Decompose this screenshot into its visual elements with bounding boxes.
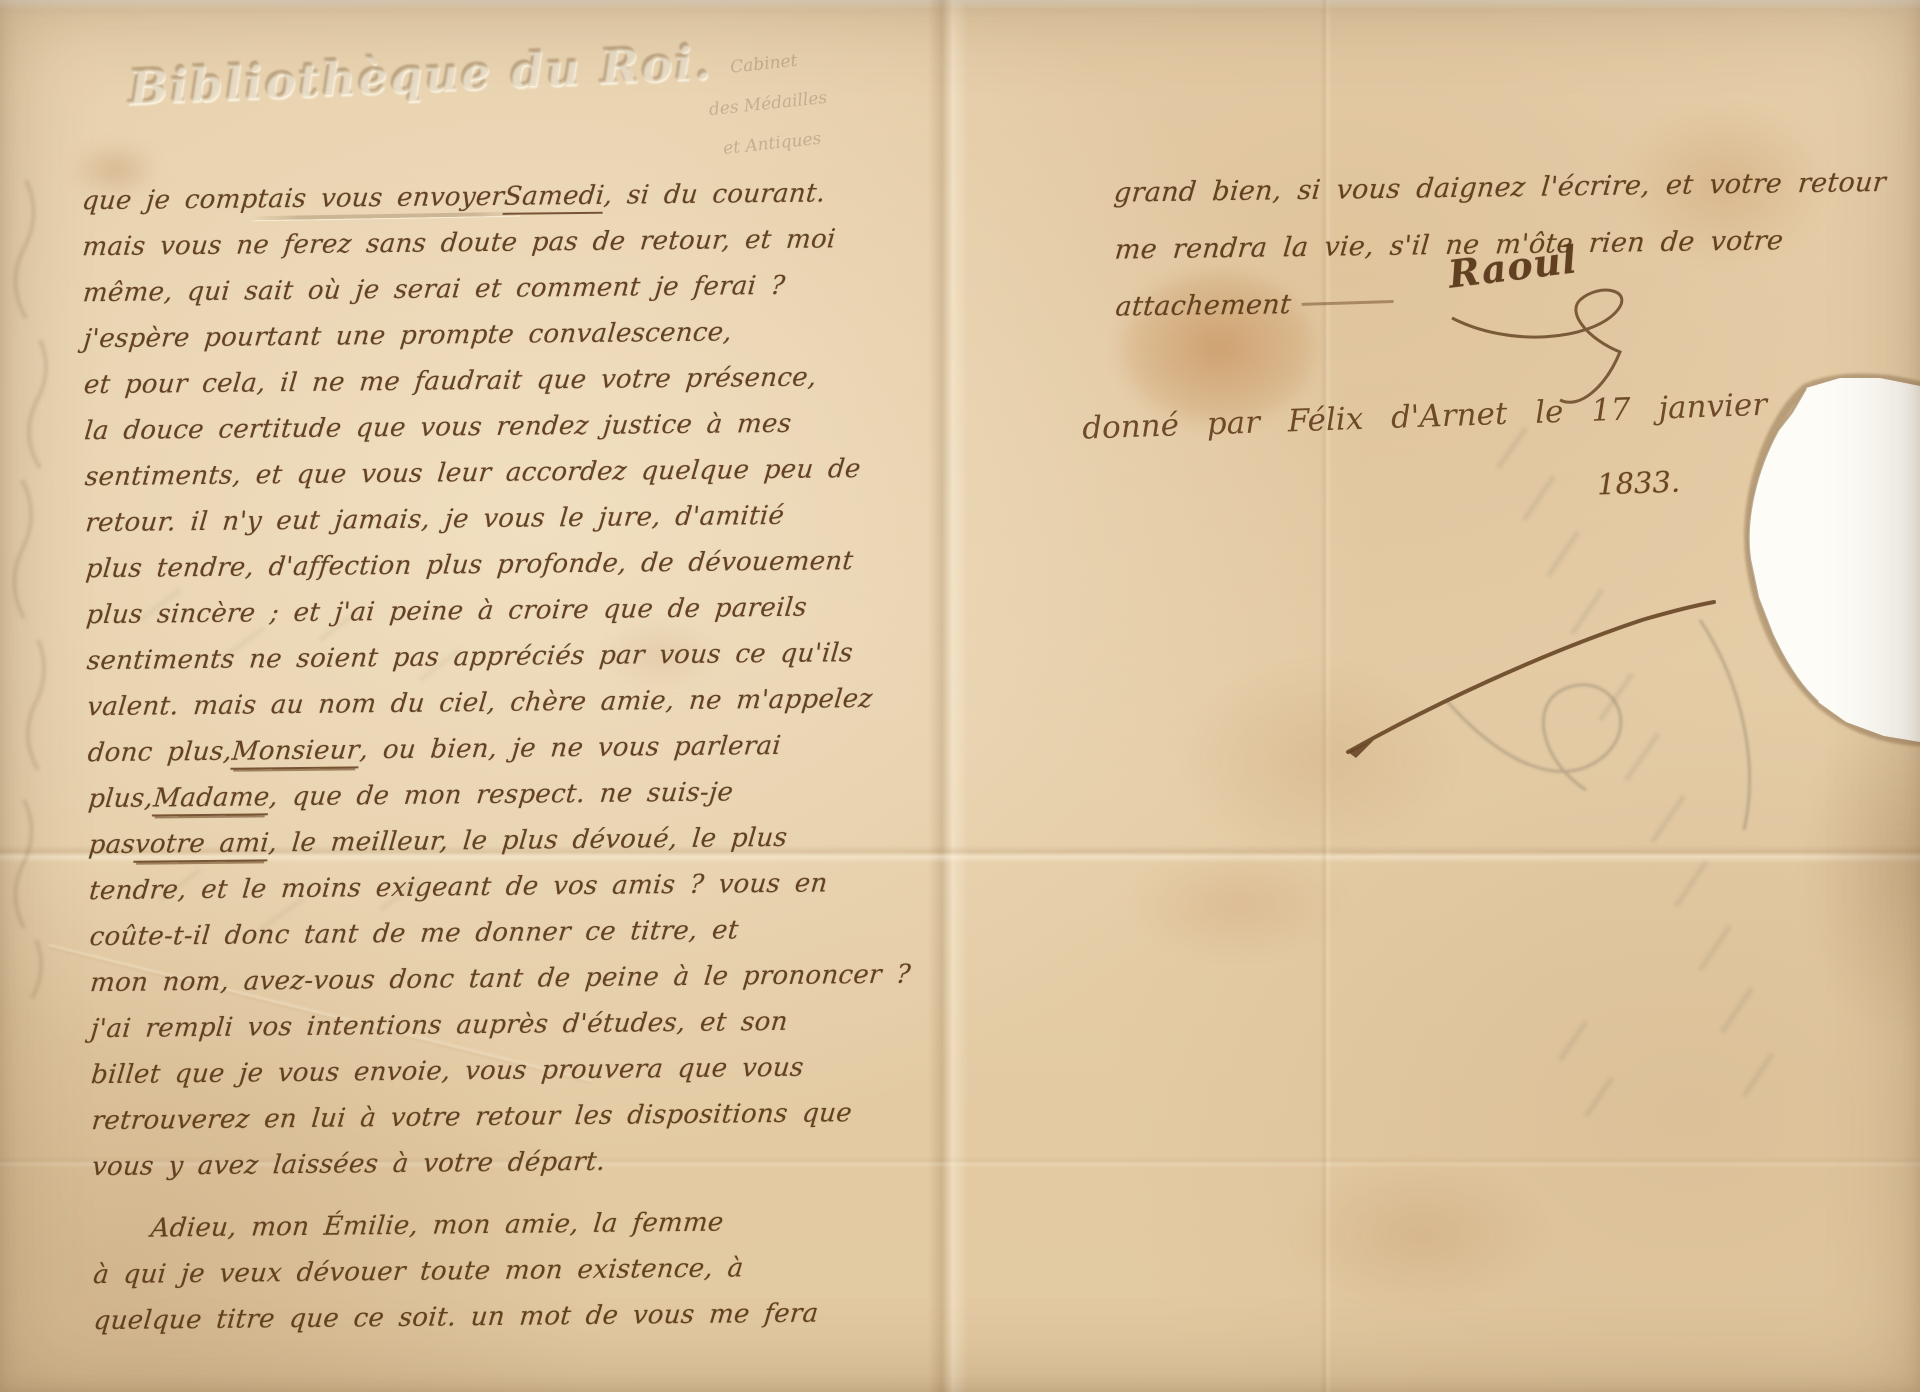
text-segment: , si du courant. <box>603 178 827 210</box>
text-segment: coûte-t-il donc tant de me donner ce tit… <box>88 915 740 952</box>
text-segment: et pour cela, il ne me faudrait que votr… <box>83 363 818 401</box>
handwritten-line: plus sincère ; et j'ai peine à croire qu… <box>86 592 886 646</box>
text-segment: que je comptais vous envoyer <box>81 182 506 216</box>
pen-dash-stroke <box>1301 300 1393 306</box>
text-segment: tendre, et le moins exigeant de vos amis… <box>88 868 829 906</box>
text-segment: pas <box>87 830 136 861</box>
annotation-year: 1833. <box>1596 465 1680 502</box>
underlined-word: Madame <box>152 782 271 816</box>
text-segment: quelque titre que ce soit. un mot de vou… <box>92 1299 819 1337</box>
text-segment: , le meilleur, le plus dévoué, le plus <box>268 823 789 858</box>
handwritten-line: pas votre ami, le meilleur, le plus dévo… <box>89 822 889 876</box>
handwritten-line: billet que je vous envoie, vous prouvera… <box>91 1052 891 1106</box>
handwritten-line: mon nom, avez-vous donc tant de peine à … <box>90 960 890 1014</box>
text-segment: , que de mon respect. ne suis-je <box>268 777 735 812</box>
center-fold-crease <box>928 0 968 1392</box>
text-segment: Adieu, mon Émilie, mon amie, la femme <box>149 1208 725 1244</box>
text-segment: la douce certitude que vous rendez justi… <box>83 409 793 446</box>
handwritten-line: valent. mais au nom du ciel, chère amie,… <box>87 684 887 738</box>
handwritten-line: et pour cela, il ne me faudrait que votr… <box>84 362 884 416</box>
torn-hole <box>1748 378 1920 742</box>
text-segment: plus sincère ; et j'ai peine à croire qu… <box>85 593 808 631</box>
pen-flourish <box>1348 602 1714 752</box>
letterhead-cachet: Cabinet des Médailles et Antiques <box>682 36 854 172</box>
handwritten-line: attachement <box>1115 280 1920 348</box>
handwritten-line: la douce certitude que vous rendez justi… <box>84 408 884 462</box>
handwritten-line: j'ai rempli vos intentions auprès d'étud… <box>91 1006 891 1060</box>
embossed-letterhead: Bibliothèque du Roi. <box>127 35 713 115</box>
pencil-loop <box>1446 685 1621 790</box>
handwritten-line: tendre, et le moins exigeant de vos amis… <box>89 868 889 922</box>
text-segment: retour. il n'y eut jamais, je vous le ju… <box>84 501 786 538</box>
handwritten-line: quelque titre que ce soit. un mot de vou… <box>94 1298 894 1352</box>
text-segment: attachement <box>1114 289 1292 322</box>
handwritten-line: coûte-t-il donc tant de me donner ce tit… <box>90 914 890 968</box>
pencil-stroke <box>1700 620 1750 830</box>
handwritten-line: retrouverez en lui à votre retour les di… <box>92 1098 892 1152</box>
handwritten-line: à qui je veux dévouer toute mon existenc… <box>93 1252 893 1306</box>
text-segment: billet que je vous envoie, vous prouvera… <box>90 1053 805 1090</box>
pen-flourish-tip <box>1348 740 1374 758</box>
text-segment: donc plus, <box>86 737 233 769</box>
underlined-word: votre ami <box>134 828 271 862</box>
left-page-text: que je comptais vous envoyer Samedi, si … <box>82 178 894 1352</box>
scanned-letter: Bibliothèque du Roi. Cabinet des Médaill… <box>0 0 1920 1392</box>
underlined-word: Monsieur <box>230 735 361 769</box>
handwritten-line: sentiments ne soient pas appréciés par v… <box>87 638 887 692</box>
text-segment: même, qui sait où je serai et comment je… <box>82 271 787 308</box>
dated-annotation: donné par Félix d'Arnet le 17 janvier <box>1082 381 1920 446</box>
text-segment: grand bien, si vous daignez l'écrire, et… <box>1113 167 1888 209</box>
text-segment: à qui je veux dévouer toute mon existenc… <box>92 1253 745 1290</box>
handwritten-line: que je comptais vous envoyer Samedi, si … <box>82 178 882 232</box>
handwritten-line: j'espère pourtant une prompte convalesce… <box>83 316 883 370</box>
paper-shadow <box>1800 700 1920 1040</box>
text-segment: plus, <box>87 783 155 814</box>
handwritten-line: mais vous ne ferez sans doute pas de ret… <box>82 224 882 278</box>
handwritten-line: Adieu, mon Émilie, mon amie, la femme <box>151 1206 893 1260</box>
underlined-word: Samedi <box>503 181 606 215</box>
text-segment: j'espère pourtant une prompte convalesce… <box>82 317 733 354</box>
text-segment: vous y avez laissées à votre départ. <box>91 1147 607 1182</box>
handwritten-line: retour. il n'y eut jamais, je vous le ju… <box>85 500 885 554</box>
handwritten-line: donc plus, Monsieur, ou bien, je ne vous… <box>88 730 888 784</box>
handwritten-line: plus, Madame, que de mon respect. ne sui… <box>88 776 888 830</box>
handwritten-line: vous y avez laissées à votre départ. <box>92 1144 892 1198</box>
handwritten-line: plus tendre, d'affection plus profonde, … <box>86 546 886 600</box>
text-segment: , ou bien, je ne vous parlerai <box>358 731 782 765</box>
paper-stain <box>1130 850 1350 960</box>
handwritten-line: sentiments, et que vous leur accordez qu… <box>85 454 885 508</box>
handwritten-line: même, qui sait où je serai et comment je… <box>83 270 883 324</box>
text-segment: j'ai rempli vos intentions auprès d'étud… <box>89 1007 789 1044</box>
